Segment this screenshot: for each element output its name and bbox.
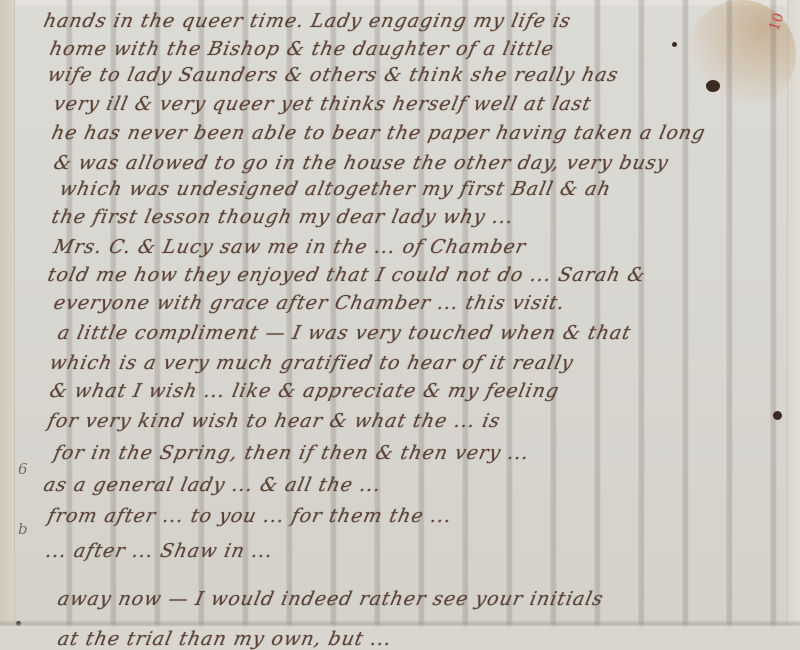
page-number-mark: 10 [767,11,788,33]
text-line: he has never been able to bear the paper… [50,122,708,144]
text-line: home with the Bishop & the daughter of a… [48,38,557,60]
text-line: ... after ... Shaw in ... [44,540,276,562]
text-line: wife to lady Saunders & others & think s… [46,64,621,86]
text-line: as a general lady ... & all the ... [42,474,384,496]
text-line: which was undesigned altogether my first… [58,178,614,200]
ink-blot [672,42,677,47]
paper-top-edge [0,0,800,6]
text-line: which is a very much gratified to hear o… [48,352,576,374]
letter-page: 10 6 b hands in the queer time. Lady eng… [0,0,800,650]
text-line: from after ... to you ... for them the .… [46,505,455,527]
text-line: a little compliment — I was very touched… [56,322,634,344]
text-line: & what I wish ... like & appreciate & my… [48,380,562,402]
text-line: Mrs. C. & Lucy saw me in the ... of Cham… [52,236,529,258]
lower-page-strip: at the trial than my own, but ... [0,628,800,650]
ink-blot [706,80,720,92]
right-paper-edge [787,0,800,650]
text-line: for in the Spring, then if then & then v… [52,442,532,464]
text-line: for very kind wish to hear & what the ..… [46,410,503,432]
text-line: everyone with grace after Chamber ... th… [52,292,568,314]
text-line: hands in the queer time. Lady engaging m… [42,10,574,32]
text-line: & was allowed to go in the house the oth… [52,152,671,174]
ink-blot [773,411,782,420]
text-line: at the trial than my own, but ... [56,628,395,650]
paper-fold [0,620,800,628]
text-line: told me how they enjoyed that I could no… [46,264,648,286]
text-line: away now — I would indeed rather see you… [56,588,606,610]
margin-mark: 6 [18,460,28,478]
text-line: very ill & very queer yet thinks herself… [52,93,594,115]
left-binding-strip [0,0,15,650]
text-line: the first lesson though my dear lady why… [50,206,516,228]
margin-mark: b [18,520,28,538]
